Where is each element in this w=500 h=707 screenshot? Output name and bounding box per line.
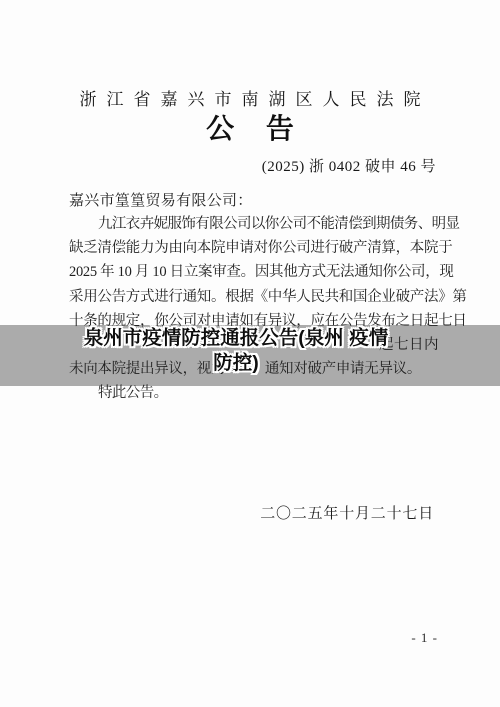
addressee-line: 嘉兴市篁篁贸易有限公司： (69, 189, 253, 210)
notice-body: 九江衣卉妮服饰有限公司以你公司不能清偿到期债务、明显 缺乏清偿能力为由向本院申请… (69, 212, 439, 406)
court-notice-page: 浙江省嘉兴市南湖区人民法院 公 告 (2025) 浙 0402 破申 46 号 … (0, 0, 500, 707)
body-line: 2025 年 10 月 10 日立案审查。因其他方式无法通知你公司，现 (69, 260, 439, 284)
case-number: (2025) 浙 0402 破申 46 号 (262, 155, 436, 176)
watermark-title: 泉州市疫情防控通报公告(泉州 疫情 防控) (0, 326, 472, 376)
body-line: 九江衣卉妮服饰有限公司以你公司不能清偿到期债务、明显 (69, 212, 439, 236)
body-line: 缺乏清偿能力为由向本院申请对你公司进行破产清算，本院于 (69, 236, 439, 260)
issue-date: 二〇二五年十月二十七日 (0, 502, 434, 523)
body-line: 采用公告方式进行通知。根据《中华人民共和国企业破产法》第 (69, 285, 439, 309)
notice-title: 公 告 (0, 107, 500, 147)
watermark-title-line1: 泉州市疫情防控通报公告(泉州 疫情 (0, 326, 472, 351)
watermark-title-line2: 防控) (0, 351, 472, 376)
page-number: - 1 - (411, 630, 438, 646)
closing-line: 特此公告。 (69, 381, 439, 405)
